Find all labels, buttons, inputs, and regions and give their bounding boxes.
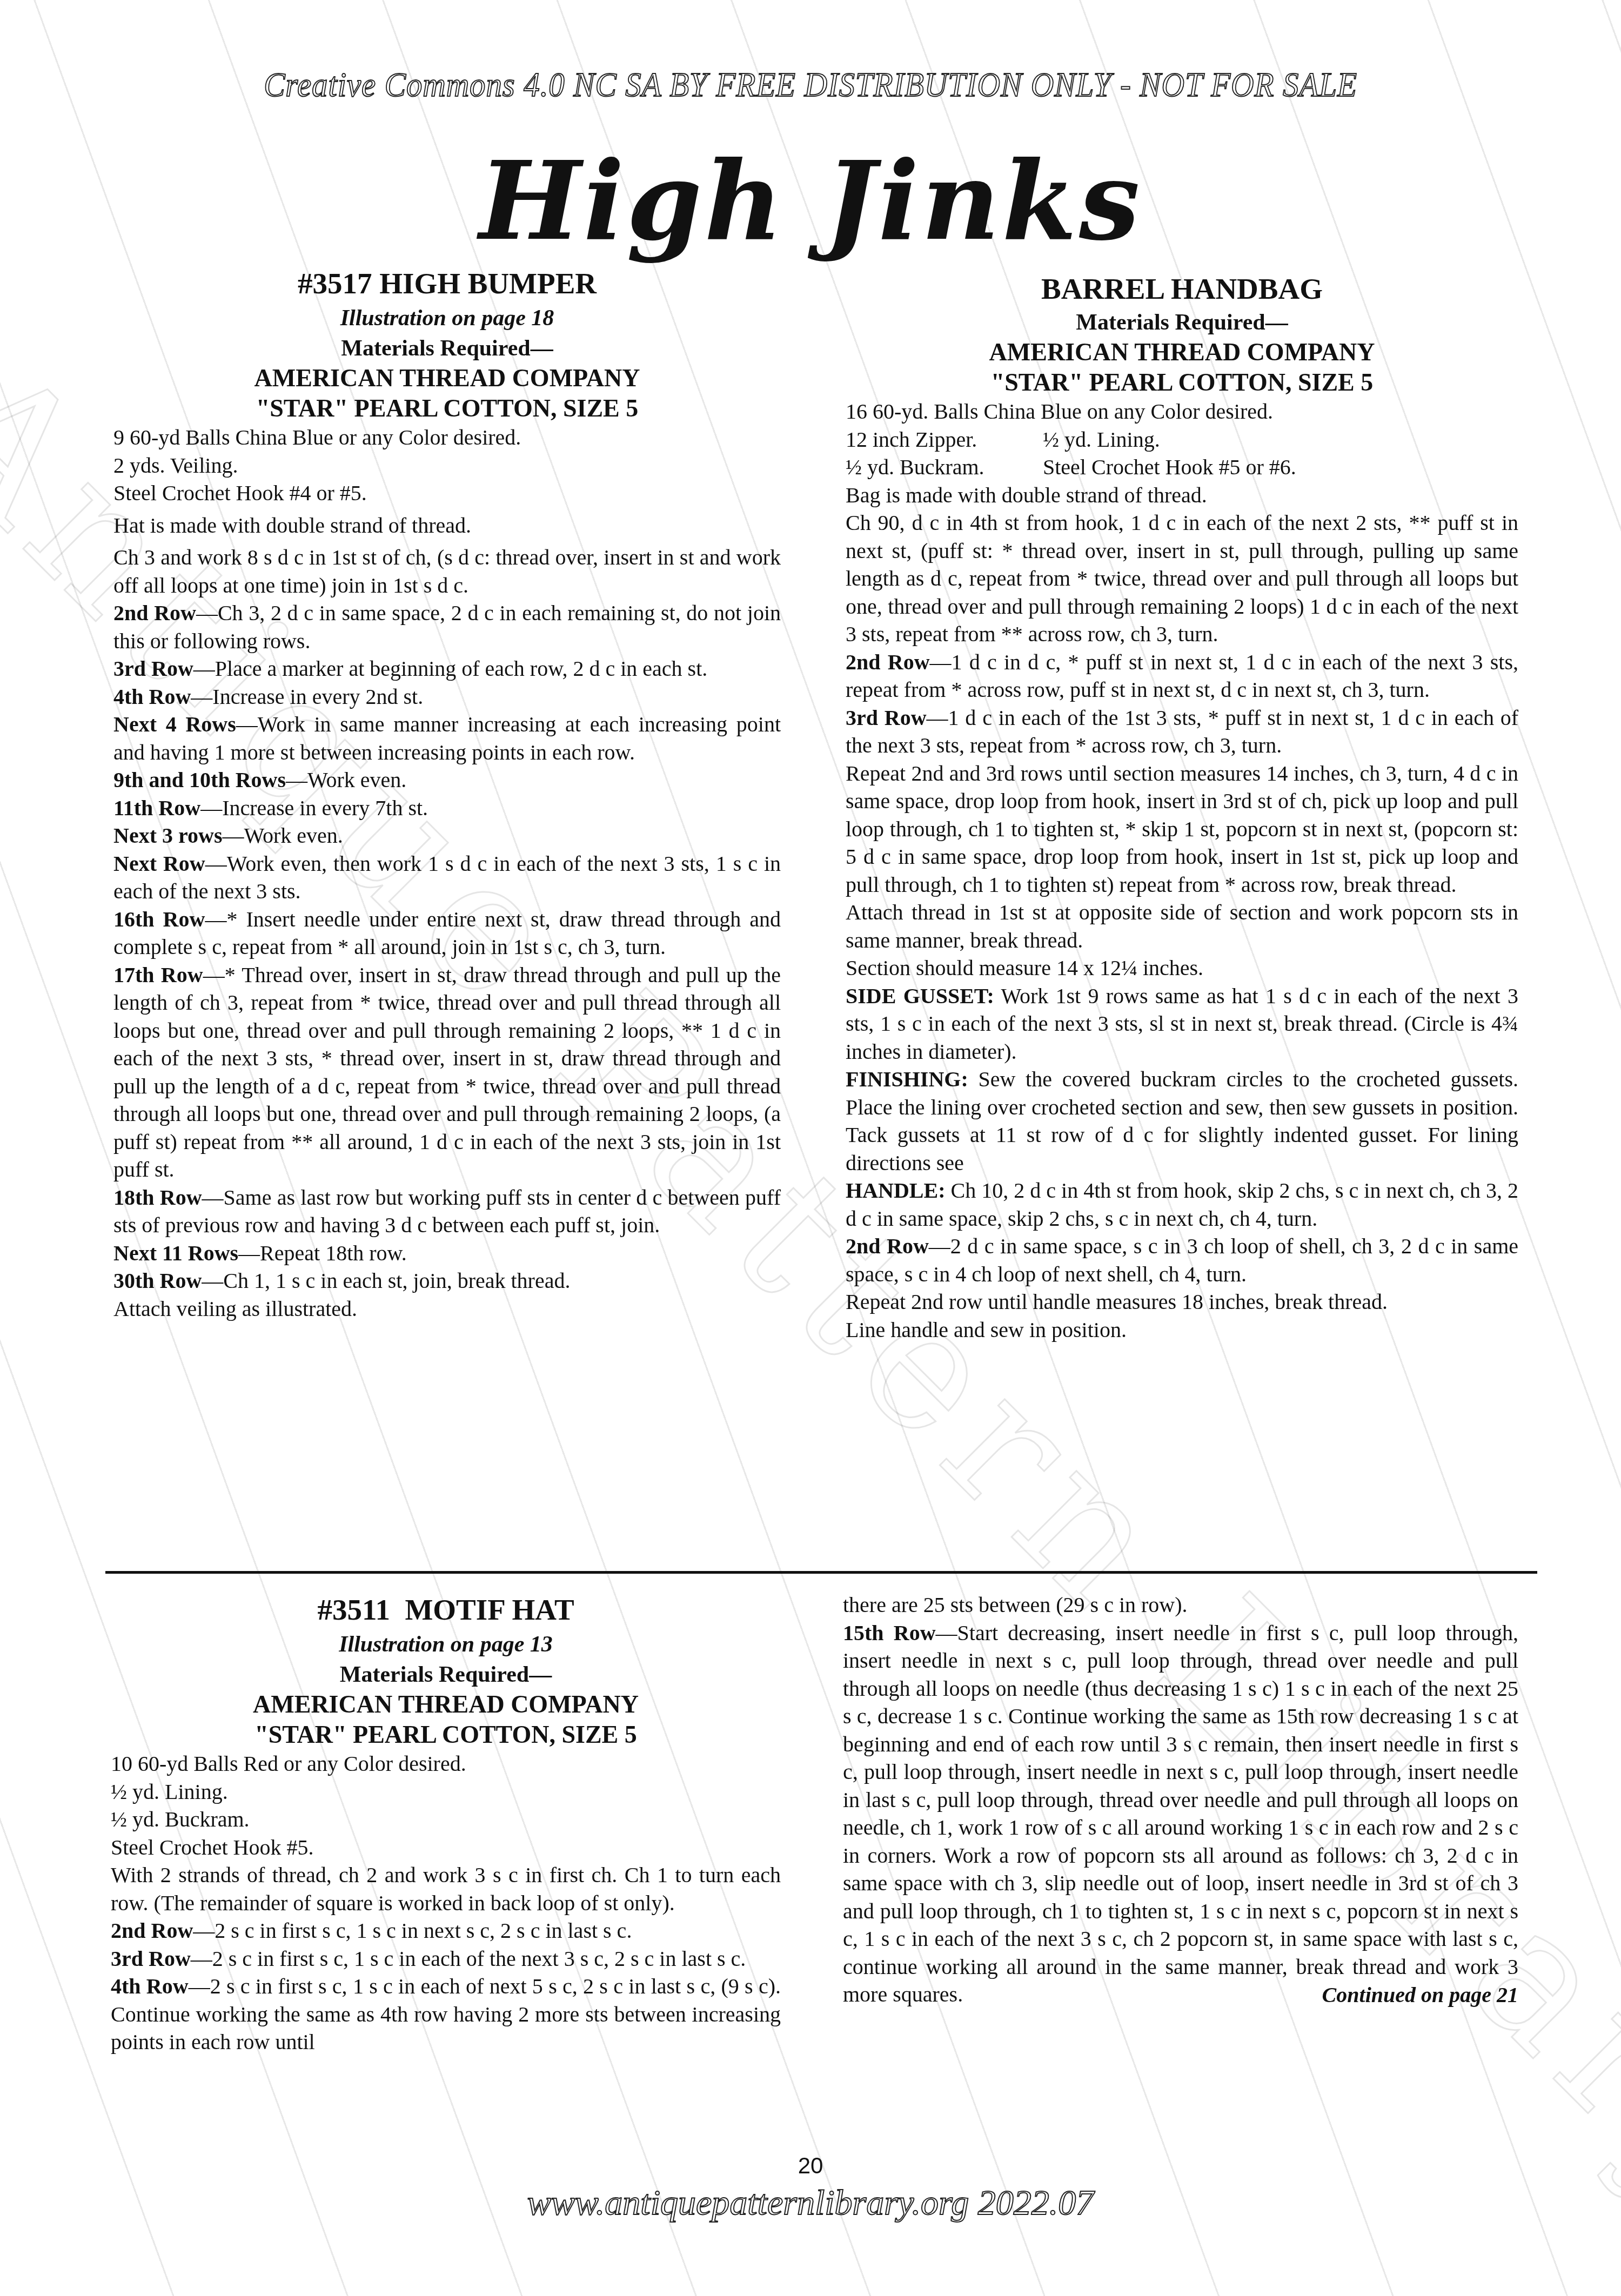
- pattern-heading: #3517 HIGH BUMPER: [113, 265, 781, 303]
- material-item: Steel Crochet Hook #5.: [111, 1834, 781, 1862]
- instruction-step: Attach veiling as illustrated.: [113, 1295, 781, 1323]
- thread-type: "STAR" PEARL COTTON, SIZE 5: [113, 393, 781, 424]
- footer-url: www.antiquepatternlibrary.org 2022.07: [0, 2183, 1621, 2224]
- step-label: SIDE GUSSET:: [846, 984, 994, 1008]
- instruction-step: Repeat 2nd row until handle measures 18 …: [846, 1288, 1518, 1316]
- step-label: 3rd Row: [111, 1946, 191, 1971]
- instruction-step: Next 3 rows—Work even.: [113, 822, 781, 850]
- instruction-steps: Ch 90, d c in 4th st from hook, 1 d c in…: [846, 509, 1518, 1344]
- instruction-steps: there are 25 sts between (29 s c in row)…: [843, 1591, 1518, 2009]
- instruction-step: FINISHING: Sew the covered buckram circl…: [846, 1065, 1518, 1177]
- materials-list: 10 60-yd Balls Red or any Color desired.…: [111, 1750, 781, 1861]
- illustration-ref: Illustration on page 18: [113, 303, 781, 334]
- instruction-step: 18th Row—Same as last row but working pu…: [113, 1184, 781, 1239]
- material-item: ½ yd. Lining.: [111, 1778, 781, 1806]
- instruction-step: 11th Row—Increase in every 7th st.: [113, 794, 781, 822]
- step-label: 2nd Row: [846, 650, 930, 674]
- instruction-step: With 2 strands of thread, ch 2 and work …: [111, 1861, 781, 1917]
- pattern-motif-hat-continued: there are 25 sts between (29 s c in row)…: [843, 1591, 1518, 2009]
- instruction-step: 3rd Row—2 s c in first s c, 1 s c in eac…: [111, 1945, 781, 1973]
- step-label: 11th Row: [113, 796, 200, 820]
- thread-company: AMERICAN THREAD COMPANY: [113, 363, 781, 393]
- materials-list: 9 60-yd Balls China Blue or any Color de…: [113, 424, 781, 507]
- materials-label: Materials Required—: [111, 1660, 781, 1689]
- step-label: Next 11 Rows: [113, 1241, 238, 1265]
- material-item: ½ yd. Lining.: [1043, 426, 1160, 454]
- instruction-step: HANDLE: Ch 10, 2 d c in 4th st from hook…: [846, 1177, 1518, 1232]
- step-label: 17th Row: [113, 963, 203, 987]
- instruction-step: Attach thread in 1st st at opposite side…: [846, 898, 1518, 954]
- instruction-step: 4th Row—Increase in every 2nd st.: [113, 683, 781, 711]
- instruction-step: SIDE GUSSET: Work 1st 9 rows same as hat…: [846, 982, 1518, 1066]
- step-label: 3rd Row: [113, 656, 193, 681]
- thread-type: "STAR" PEARL COTTON, SIZE 5: [846, 367, 1518, 398]
- page-number: 20: [0, 2153, 1621, 2179]
- instruction-step: 3rd Row—1 d c in each of the 1st 3 sts, …: [846, 704, 1518, 760]
- step-label: Next 3 rows: [113, 823, 222, 848]
- step-label: HANDLE:: [846, 1178, 945, 1203]
- pattern-motif-hat: #3511 MOTIF HAT Illustration on page 13 …: [111, 1591, 781, 2056]
- step-label: 2nd Row: [111, 1918, 193, 1943]
- section-divider: [105, 1571, 1537, 1574]
- step-label: 18th Row: [113, 1185, 202, 1210]
- step-label: Next Row: [113, 851, 205, 876]
- instruction-step: Repeat 2nd and 3rd rows until section me…: [846, 760, 1518, 899]
- thread-type: "STAR" PEARL COTTON, SIZE 5: [111, 1720, 781, 1750]
- material-item: 10 60-yd Balls Red or any Color desired.: [111, 1750, 781, 1778]
- page-title: High Jinks: [0, 138, 1621, 265]
- thread-company: AMERICAN THREAD COMPANY: [111, 1689, 781, 1720]
- material-item: ½ yd. Buckram.: [846, 453, 1043, 481]
- illustration-ref: Illustration on page 13: [111, 1629, 781, 1660]
- thread-company: AMERICAN THREAD COMPANY: [846, 337, 1518, 367]
- instruction-step: 9th and 10th Rows—Work even.: [113, 766, 781, 794]
- pattern-heading: BARREL HANDBAG: [846, 270, 1518, 308]
- materials-label: Materials Required—: [846, 308, 1518, 337]
- instruction-step: Next Row—Work even, then work 1 s d c in…: [113, 850, 781, 905]
- instruction-step: 16th Row—* Insert needle under entire ne…: [113, 905, 781, 961]
- instruction-steps: With 2 strands of thread, ch 2 and work …: [111, 1861, 781, 2056]
- instruction-step: Ch 90, d c in 4th st from hook, 1 d c in…: [846, 509, 1518, 648]
- instruction-step: 30th Row—Ch 1, 1 s c in each st, join, b…: [113, 1267, 781, 1295]
- instruction-step: Next 4 Rows—Work in same manner increasi…: [113, 710, 781, 766]
- material-pair: ½ yd. Buckram.Steel Crochet Hook #5 or #…: [846, 453, 1518, 481]
- instruction-step: 15th Row—Start decreasing, insert needle…: [843, 1619, 1518, 2009]
- pattern-high-bumper: #3517 HIGH BUMPER Illustration on page 1…: [113, 265, 781, 1322]
- instruction-step: 3rd Row—Place a marker at beginning of e…: [113, 655, 781, 683]
- step-label: 9th and 10th Rows: [113, 768, 286, 792]
- instruction-step: 2nd Row—2 s c in first s c, 1 s c in nex…: [111, 1917, 781, 1945]
- instruction-steps: Ch 3 and work 8 s d c in 1st st of ch, (…: [113, 543, 781, 1322]
- material-pair: 12 inch Zipper.½ yd. Lining.: [846, 426, 1518, 454]
- instruction-step: 2nd Row—Ch 3, 2 d c in same space, 2 d c…: [113, 599, 781, 655]
- step-label: 4th Row: [111, 1974, 189, 1998]
- license-banner: Creative Commons 4.0 NC SA BY FREE DISTR…: [65, 65, 1556, 105]
- pattern-heading: #3511 MOTIF HAT: [111, 1591, 781, 1629]
- instruction-step: there are 25 sts between (29 s c in row)…: [843, 1591, 1518, 1619]
- step-label: 15th Row: [843, 1621, 936, 1645]
- material-item: Steel Crochet Hook #4 or #5.: [113, 479, 781, 507]
- step-label: 30th Row: [113, 1268, 202, 1293]
- instruction-step: 17th Row—* Thread over, insert in st, dr…: [113, 961, 781, 1184]
- material-item: ½ yd. Buckram.: [111, 1805, 781, 1834]
- pattern-barrel-handbag: BARREL HANDBAG Materials Required— AMERI…: [846, 270, 1518, 1344]
- instruction-step: Ch 3 and work 8 s d c in 1st st of ch, (…: [113, 543, 781, 599]
- instruction-step: 2nd Row—2 d c in same space, s c in 3 ch…: [846, 1232, 1518, 1288]
- step-label: 16th Row: [113, 907, 205, 931]
- step-label: 2nd Row: [113, 601, 196, 625]
- instruction-step: Line handle and sew in position.: [846, 1316, 1518, 1344]
- materials-pairs: 12 inch Zipper.½ yd. Lining.½ yd. Buckra…: [846, 426, 1518, 481]
- materials-line: 16 60-yd. Balls China Blue on any Color …: [846, 398, 1518, 426]
- instruction-step: 4th Row—2 s c in first s c, 1 s c in eac…: [111, 1972, 781, 2056]
- material-item: 2 yds. Veiling.: [113, 452, 781, 480]
- note: Hat is made with double strand of thread…: [113, 512, 781, 540]
- material-item: Steel Crochet Hook #5 or #6.: [1043, 453, 1296, 481]
- step-label: 2nd Row: [846, 1234, 929, 1258]
- note: Bag is made with double strand of thread…: [846, 481, 1518, 509]
- step-label: 3rd Row: [846, 706, 927, 730]
- materials-label: Materials Required—: [113, 334, 781, 363]
- step-label: Next 4 Rows: [113, 712, 236, 736]
- material-item: 12 inch Zipper.: [846, 426, 1043, 454]
- instruction-step: Next 11 Rows—Repeat 18th row.: [113, 1239, 781, 1267]
- step-label: 4th Row: [113, 684, 191, 709]
- instruction-step: Section should measure 14 x 12¼ inches.: [846, 954, 1518, 982]
- material-item: 9 60-yd Balls China Blue or any Color de…: [113, 424, 781, 452]
- step-label: FINISHING:: [846, 1067, 968, 1091]
- instruction-step: 2nd Row—1 d c in d c, * puff st in next …: [846, 648, 1518, 704]
